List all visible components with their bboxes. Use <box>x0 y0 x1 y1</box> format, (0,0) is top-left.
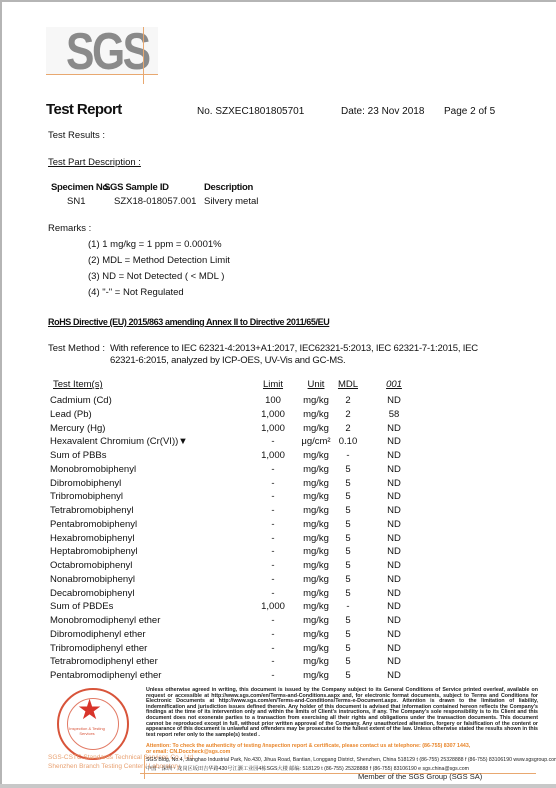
limit-value: - <box>258 533 288 544</box>
mdl-value: 5 <box>336 670 360 681</box>
limit-value: - <box>258 656 288 667</box>
limit-value: - <box>258 629 288 640</box>
test-item-name: Monobromobiphenyl <box>50 464 136 475</box>
unit-value: mg/kg <box>298 423 334 434</box>
result-value: ND <box>382 519 406 530</box>
unit-value: mg/kg <box>298 601 334 612</box>
result-value: ND <box>382 560 406 571</box>
limit-value: - <box>258 574 288 585</box>
limit-value: 100 <box>258 395 288 406</box>
test-item-name: Cadmium (Cd) <box>50 395 112 406</box>
table-row: Cadmium (Cd)100mg/kg2ND <box>0 395 556 409</box>
table-row: Decabromobiphenyl-mg/kg5ND <box>0 588 556 602</box>
table-row: Nonabromobiphenyl-mg/kg5ND <box>0 574 556 588</box>
limit-value: - <box>258 670 288 681</box>
unit-value: mg/kg <box>298 629 334 640</box>
limit-value: - <box>258 491 288 502</box>
test-item-name: Monobromodiphenyl ether <box>50 615 160 626</box>
test-item-name: Tribromobiphenyl <box>50 491 123 502</box>
result-value: ND <box>382 546 406 557</box>
mdl-value: 5 <box>336 491 360 502</box>
unit-value: mg/kg <box>298 643 334 654</box>
inspection-seal: ★ Inspection & Testing Services <box>57 688 129 760</box>
results-table-header: Test Item(s) Limit Unit MDL 001 <box>0 379 556 393</box>
table-row: Hexabromobiphenyl-mg/kg5ND <box>0 533 556 547</box>
unit-value: mg/kg <box>298 574 334 585</box>
mdl-value: 5 <box>336 505 360 516</box>
test-item-name: Hexavalent Chromium (Cr(VI))▼ <box>50 436 188 447</box>
test-item-name: Decabromobiphenyl <box>50 588 135 599</box>
remark-1: (1) 1 mg/kg = 1 ppm = 0.0001% <box>88 239 222 250</box>
result-value: ND <box>382 464 406 475</box>
test-results-label: Test Results : <box>48 130 105 141</box>
limit-value: - <box>258 478 288 489</box>
limit-value: - <box>258 588 288 599</box>
result-value: ND <box>382 395 406 406</box>
result-value: ND <box>382 436 406 447</box>
unit-value: mg/kg <box>298 505 334 516</box>
test-item-name: Sum of PBBs <box>50 450 107 461</box>
mdl-value: 5 <box>336 560 360 571</box>
limit-value: 1,000 <box>258 423 288 434</box>
result-value: ND <box>382 423 406 434</box>
test-item-name: Tetrabromodiphenyl ether <box>50 656 158 667</box>
mdl-value: 5 <box>336 588 360 599</box>
unit-value: mg/kg <box>298 615 334 626</box>
description-value: Silvery metal <box>204 196 258 207</box>
mdl-value: - <box>336 450 360 461</box>
mdl-value: 5 <box>336 519 360 530</box>
result-value: ND <box>382 670 406 681</box>
logo-vertical-line <box>143 27 144 84</box>
unit-value: mg/kg <box>298 478 334 489</box>
test-method-label: Test Method : <box>48 343 105 354</box>
table-row: Heptabromobiphenyl-mg/kg5ND <box>0 546 556 560</box>
table-row: Pentabromobiphenyl-mg/kg5ND <box>0 519 556 533</box>
limit-value: 1,000 <box>258 601 288 612</box>
result-value: ND <box>382 601 406 612</box>
test-item-name: Dibromobiphenyl <box>50 478 121 489</box>
header-unit: Unit <box>298 379 334 390</box>
test-item-name: Mercury (Hg) <box>50 423 105 434</box>
test-item-name: Pentabromobiphenyl <box>50 519 137 530</box>
test-method-line1: With reference to IEC 62321-4:2013+A1:20… <box>110 343 478 354</box>
limit-value: - <box>258 505 288 516</box>
table-row: Sum of PBBs1,000mg/kg-ND <box>0 450 556 464</box>
test-item-name: Pentabromodiphenyl ether <box>50 670 161 681</box>
limit-value: 1,000 <box>258 450 288 461</box>
sgs-logo: SGS <box>66 26 149 78</box>
unit-value: mg/kg <box>298 560 334 571</box>
result-value: 58 <box>382 409 406 420</box>
result-value: ND <box>382 629 406 640</box>
test-item-name: Sum of PBDEs <box>50 601 113 612</box>
sample-id-value: SZX18-018057.001 <box>114 196 196 207</box>
specimen-no-value: SN1 <box>67 196 85 207</box>
table-row: Hexavalent Chromium (Cr(VI))▼-μg/cm²0.10… <box>0 436 556 450</box>
unit-value: mg/kg <box>298 409 334 420</box>
test-method-line2: 62321-6:2015, analyzed by ICP-OES, UV-Vi… <box>110 355 346 366</box>
mdl-value: 5 <box>336 615 360 626</box>
result-value: ND <box>382 656 406 667</box>
mdl-value: 5 <box>336 574 360 585</box>
table-row: Tribromodiphenyl ether-mg/kg5ND <box>0 643 556 657</box>
unit-value: mg/kg <box>298 656 334 667</box>
disclaimer-text: Unless otherwise agreed in writing, this… <box>146 688 538 738</box>
unit-value: mg/kg <box>298 450 334 461</box>
test-item-name: Nonabromobiphenyl <box>50 574 135 585</box>
header-mdl: MDL <box>336 379 360 390</box>
table-row: Dibromobiphenyl-mg/kg5ND <box>0 478 556 492</box>
limit-value: 1,000 <box>258 409 288 420</box>
attention-email[interactable]: or email: CN.Doccheck@sgs.com <box>146 750 470 756</box>
test-item-name: Lead (Pb) <box>50 409 92 420</box>
limit-value: - <box>258 436 288 447</box>
unit-value: mg/kg <box>298 464 334 475</box>
result-value: ND <box>382 588 406 599</box>
mdl-value: 5 <box>336 478 360 489</box>
unit-value: mg/kg <box>298 395 334 406</box>
report-number: No. SZXEC1801805701 <box>197 106 304 117</box>
test-item-name: Tetrabromobiphenyl <box>50 505 133 516</box>
remarks-label: Remarks : <box>48 223 91 234</box>
remark-2: (2) MDL = Method Detection Limit <box>88 255 230 266</box>
directive-heading: RoHS Directive (EU) 2015/863 amending An… <box>48 317 329 327</box>
result-value: ND <box>382 491 406 502</box>
mdl-value: 2 <box>336 423 360 434</box>
header-test-items: Test Item(s) <box>53 379 103 390</box>
mdl-value: 5 <box>336 643 360 654</box>
star-icon: ★ <box>77 696 102 724</box>
test-item-name: Heptabromobiphenyl <box>50 546 138 557</box>
report-title: Test Report <box>46 101 122 118</box>
table-row: Monobromobiphenyl-mg/kg5ND <box>0 464 556 478</box>
report-date: Date: 23 Nov 2018 <box>341 106 424 117</box>
limit-value: - <box>258 519 288 530</box>
mdl-value: 5 <box>336 464 360 475</box>
unit-value: mg/kg <box>298 491 334 502</box>
mdl-value: 5 <box>336 533 360 544</box>
table-row: Tetrabromobiphenyl-mg/kg5ND <box>0 505 556 519</box>
table-row: Octabromobiphenyl-mg/kg5ND <box>0 560 556 574</box>
result-value: ND <box>382 574 406 585</box>
result-value: ND <box>382 450 406 461</box>
seal-english-text: Inspection & Testing Services <box>67 726 107 736</box>
table-row: Lead (Pb)1,000mg/kg258 <box>0 409 556 423</box>
unit-value: mg/kg <box>298 519 334 530</box>
limit-value: - <box>258 464 288 475</box>
mdl-value: 5 <box>336 629 360 640</box>
result-value: ND <box>382 643 406 654</box>
remark-4: (4) "-" = Not Regulated <box>88 287 184 298</box>
result-value: ND <box>382 505 406 516</box>
col-specimen-no: Specimen No. <box>51 182 110 193</box>
result-value: ND <box>382 533 406 544</box>
col-sample-id: SGS Sample ID <box>104 182 169 193</box>
test-item-name: Hexabromobiphenyl <box>50 533 135 544</box>
test-item-name: Octabromobiphenyl <box>50 560 132 571</box>
mdl-value: 5 <box>336 656 360 667</box>
sgs-group-member: Member of the SGS Group (SGS SA) <box>358 772 482 781</box>
limit-value: - <box>258 546 288 557</box>
table-row: Pentabromodiphenyl ether-mg/kg5ND <box>0 670 556 684</box>
mdl-value: 2 <box>336 395 360 406</box>
logo-underline <box>46 74 158 75</box>
viewer-bottom-border <box>0 784 556 788</box>
unit-value: mg/kg <box>298 533 334 544</box>
test-item-name: Dibromodiphenyl ether <box>50 629 146 640</box>
test-item-name: Tribromodiphenyl ether <box>50 643 147 654</box>
table-row: Sum of PBDEs1,000mg/kg-ND <box>0 601 556 615</box>
table-row: Tetrabromodiphenyl ether-mg/kg5ND <box>0 656 556 670</box>
unit-value: mg/kg <box>298 588 334 599</box>
limit-value: - <box>258 615 288 626</box>
result-value: ND <box>382 615 406 626</box>
unit-value: mg/kg <box>298 670 334 681</box>
table-row: Dibromodiphenyl ether-mg/kg5ND <box>0 629 556 643</box>
col-description: Description <box>204 182 253 193</box>
attention-notice: Attention: To check the authenticity of … <box>146 744 470 755</box>
part-description-heading: Test Part Description : <box>48 157 141 168</box>
unit-value: μg/cm² <box>298 436 334 447</box>
limit-value: - <box>258 560 288 571</box>
mdl-value: 5 <box>336 546 360 557</box>
table-row: Tribromobiphenyl-mg/kg5ND <box>0 491 556 505</box>
limit-value: - <box>258 643 288 654</box>
mdl-value: 0.10 <box>336 436 360 447</box>
address-english: SGS Bldg, No.4, Jianghao Industrial Park… <box>146 757 556 763</box>
header-sample-001: 001 <box>382 379 406 390</box>
header-limit: Limit <box>258 379 288 390</box>
unit-value: mg/kg <box>298 546 334 557</box>
address-chinese: 中国・深圳・龙岗区坂田吉华路430号江灏工业园4栋SGS大楼 邮编: 51812… <box>146 765 469 772</box>
mdl-value: 2 <box>336 409 360 420</box>
result-value: ND <box>382 478 406 489</box>
table-row: Monobromodiphenyl ether-mg/kg5ND <box>0 615 556 629</box>
remark-3: (3) ND = Not Detected ( < MDL ) <box>88 271 224 282</box>
table-row: Mercury (Hg)1,000mg/kg2ND <box>0 423 556 437</box>
page-indicator: Page 2 of 5 <box>444 106 495 117</box>
mdl-value: - <box>336 601 360 612</box>
footer-vertical-line <box>144 755 145 779</box>
